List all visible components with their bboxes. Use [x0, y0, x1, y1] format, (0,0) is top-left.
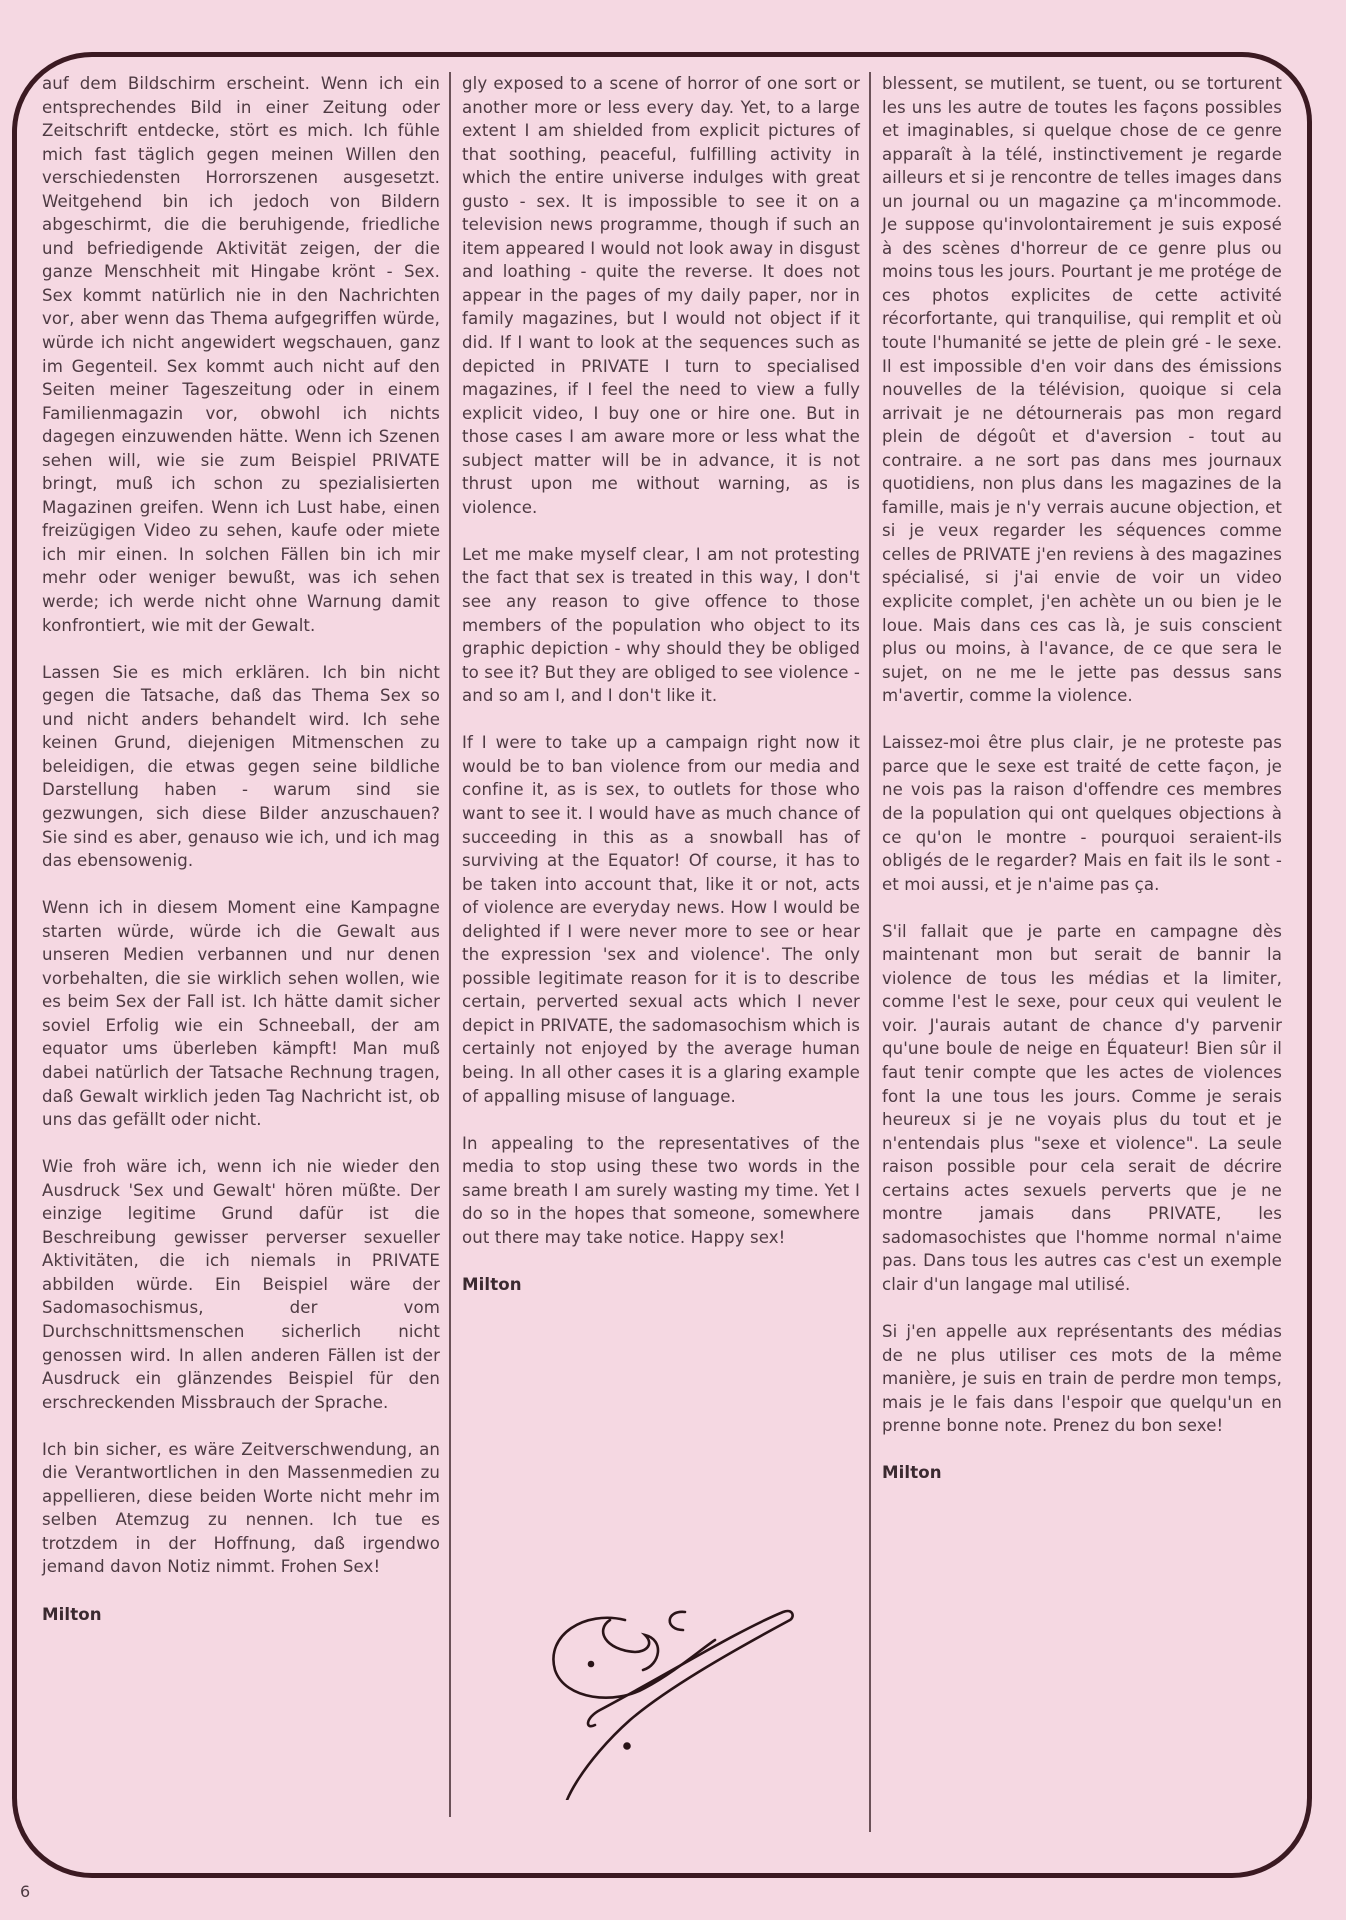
paragraph: Wenn ich in diesem Moment eine Kampagne … — [42, 896, 440, 1131]
paragraph: If I were to take up a campaign right no… — [462, 731, 860, 1108]
paragraph: auf dem Bildschirm erscheint. Wenn ich e… — [42, 72, 440, 637]
column-german: auf dem Bildschirm erscheint. Wenn ich e… — [42, 72, 440, 1626]
paragraph: Laissez-moi être plus clair, je ne prote… — [882, 731, 1282, 896]
column-divider-2 — [869, 72, 871, 1832]
column-english: gly exposed to a scene of horror of one … — [462, 72, 860, 1296]
paragraph: S'il fallait que je parte en campagne dè… — [882, 920, 1282, 1297]
paragraph: blessent, se mutilent, se tuent, ou se t… — [882, 72, 1282, 708]
author-signoff: Milton — [882, 1461, 1282, 1485]
paragraph: In appealing to the representatives of t… — [462, 1132, 860, 1250]
author-signoff: Milton — [42, 1603, 440, 1627]
column-divider-1 — [449, 72, 451, 1817]
author-signoff: Milton — [462, 1273, 860, 1297]
column-french: blessent, se mutilent, se tuent, ou se t… — [882, 72, 1282, 1485]
paragraph: gly exposed to a scene of horror of one … — [462, 72, 860, 519]
paragraph: Wie froh wäre ich, wenn ich nie wieder d… — [42, 1155, 440, 1414]
paragraph: Ich bin sicher, es wäre Zeitverschwendun… — [42, 1438, 440, 1579]
paragraph: Lassen Sie es mich erklären. Ich bin nic… — [42, 661, 440, 873]
paragraph: Si j'en appelle aux représentants des mé… — [882, 1320, 1282, 1438]
handwritten-signature-icon — [525, 1560, 825, 1800]
page-number: 6 — [20, 1882, 30, 1901]
paragraph: Let me make myself clear, I am not prote… — [462, 543, 860, 708]
